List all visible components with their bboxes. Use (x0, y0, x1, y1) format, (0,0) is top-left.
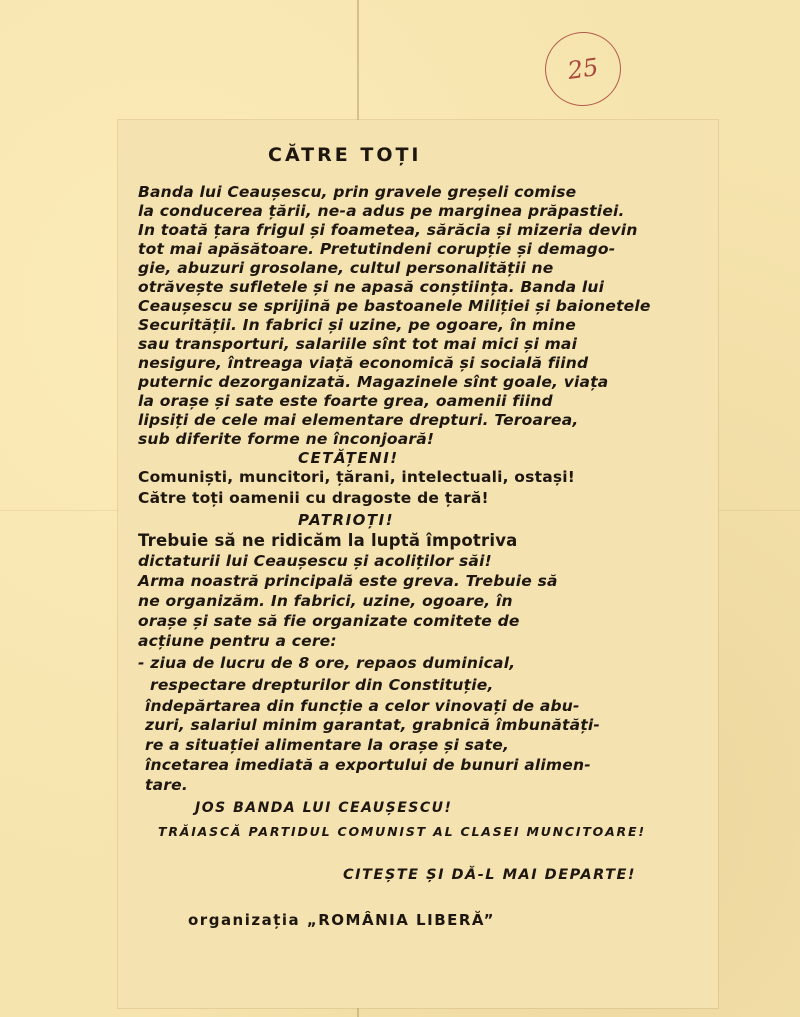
paragraph-line: Arma noastră principală este greva. Treb… (138, 572, 558, 591)
paragraph-line: puternic dezorganizată. Magazinele sînt … (138, 373, 608, 392)
heading-patriots: PATRIOȚI! (298, 511, 394, 529)
demand-line: - ziua de lucru de 8 ore, repaos duminic… (138, 654, 515, 673)
paragraph-line: tot mai apăsătoare. Pretutindeni corupți… (138, 240, 615, 259)
paragraph-line: sau transporturi, salariile sînt tot mai… (138, 335, 577, 354)
paragraph-line: Securității. In fabrici și uzine, pe ogo… (138, 316, 576, 335)
paragraph-line: la orașe și sate este foarte grea, oamen… (138, 392, 553, 411)
demand-line: îndepărtarea din funcție a celor vinovaț… (145, 697, 580, 716)
demand-line: zuri, salariul minim garantat, grabnică … (145, 716, 600, 735)
paragraph-line: sub diferite forme ne înconjoară! (138, 430, 434, 449)
call-to-action: CITEȘTE ȘI DĂ-L MAI DEPARTE! (343, 867, 636, 883)
appeal-line: Către toți oamenii cu dragoste de țară! (138, 489, 489, 508)
paragraph-line: Ceaușescu se sprijină pe bastoanele Mili… (138, 297, 651, 316)
paragraph-line: lipsiți de cele mai elementare drepturi.… (138, 411, 578, 430)
slogan-down-with-gang: JOS BANDA LUI CEAUȘESCU! (195, 800, 452, 816)
paragraph-line: dictaturii lui Ceaușescu și acoliților s… (138, 552, 492, 571)
appeal-line: Comuniști, muncitori, țărani, intelectua… (138, 468, 575, 487)
paragraph-line: Trebuie să ne ridicăm la luptă împotriva (138, 531, 518, 550)
demand-line: încetarea imediată a exportului de bunur… (145, 756, 591, 775)
paragraph-line: nesigure, întreaga viață economică și so… (138, 354, 588, 373)
archive-page-number-stamp: 25 (540, 27, 626, 111)
demand-line: respectare drepturilor din Constituție, (150, 676, 494, 695)
demand-line: tare. (145, 776, 188, 795)
slogan-long-live-party: TRĂIASCĂ PARTIDUL COMUNIST AL CLASEI MUN… (158, 824, 646, 839)
signature: organizația „ROMÂNIA LIBERĂ” (188, 911, 495, 929)
paragraph-line: la conducerea țării, ne-a adus pe margin… (138, 202, 625, 221)
paragraph-line: Banda lui Ceaușescu, prin gravele greșel… (138, 183, 576, 202)
paragraph-line: acțiune pentru a cere: (138, 632, 337, 651)
demand-line: re a situației alimentare la orașe și sa… (145, 736, 509, 755)
paragraph-line: ne organizăm. In fabrici, uzine, ogoare,… (138, 592, 513, 611)
heading-citizens: CETĂȚENI! (298, 449, 399, 467)
paragraph-line: In toată țara frigul și foametea, sărăci… (138, 221, 638, 240)
paragraph-line: orașe și sate să fie organizate comitete… (138, 612, 520, 631)
leaflet-title: CĂTRE TOȚI (268, 144, 422, 166)
paragraph-line: gie, abuzuri grosolane, cultul personali… (138, 259, 553, 278)
paragraph-line: otrăvește sufletele și ne apasă conștiin… (138, 278, 604, 297)
